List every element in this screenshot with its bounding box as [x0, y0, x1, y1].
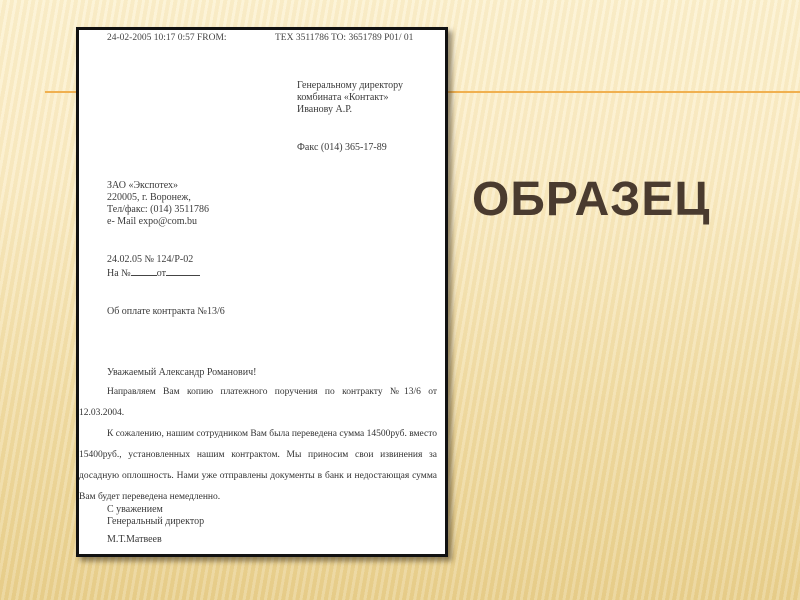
- recipient-line-2: комбината «Контакт»: [297, 92, 388, 104]
- sender-company: ЗАО «Экспотех»: [107, 180, 178, 192]
- fax-header-right: TEX 3511786 TO: 3651789 P01/ 01: [275, 32, 413, 44]
- reply-from: от: [157, 268, 166, 279]
- recipient-fax: Факс (014) 365-17-89: [297, 142, 387, 154]
- blank-date: [166, 266, 200, 276]
- reply-prefix: На №: [107, 268, 131, 279]
- fax-header: 24-02-2005 10:17 0:57 FROM: TEX 3511786 …: [107, 32, 227, 44]
- slide-title: ОБРАЗЕЦ: [472, 172, 710, 227]
- fax-header-left: 24-02-2005 10:17 0:57 FROM:: [107, 33, 227, 43]
- sender-phone: Тел/факс: (014) 3511786: [107, 204, 209, 216]
- recipient-line-1: Генеральному директору: [297, 80, 403, 92]
- signer-name: М.Т.Матвеев: [107, 534, 162, 546]
- letter-subject: Об оплате контракта №13/6: [107, 306, 225, 318]
- sender-address: 220005, г. Воронеж,: [107, 192, 191, 204]
- reference-reply: На №от: [107, 266, 200, 280]
- signer-title: Генеральный директор: [107, 516, 204, 528]
- blank-number: [131, 266, 157, 276]
- paragraph-1: Направляем Вам копию платежного поручени…: [79, 382, 437, 424]
- closing: С уважением: [107, 504, 163, 516]
- reference-date-number: 24.02.05 № 124/Р-02: [107, 254, 193, 266]
- recipient-line-3: Иванову А.Р.: [297, 104, 352, 116]
- letter-document: 24-02-2005 10:17 0:57 FROM: TEX 3511786 …: [76, 27, 448, 557]
- paragraph-2: К сожалению, нашим сотрудником Вам была …: [79, 424, 437, 508]
- sender-email: e- Mail expo@com.bu: [107, 216, 197, 228]
- salutation: Уважаемый Александр Романович!: [107, 367, 256, 379]
